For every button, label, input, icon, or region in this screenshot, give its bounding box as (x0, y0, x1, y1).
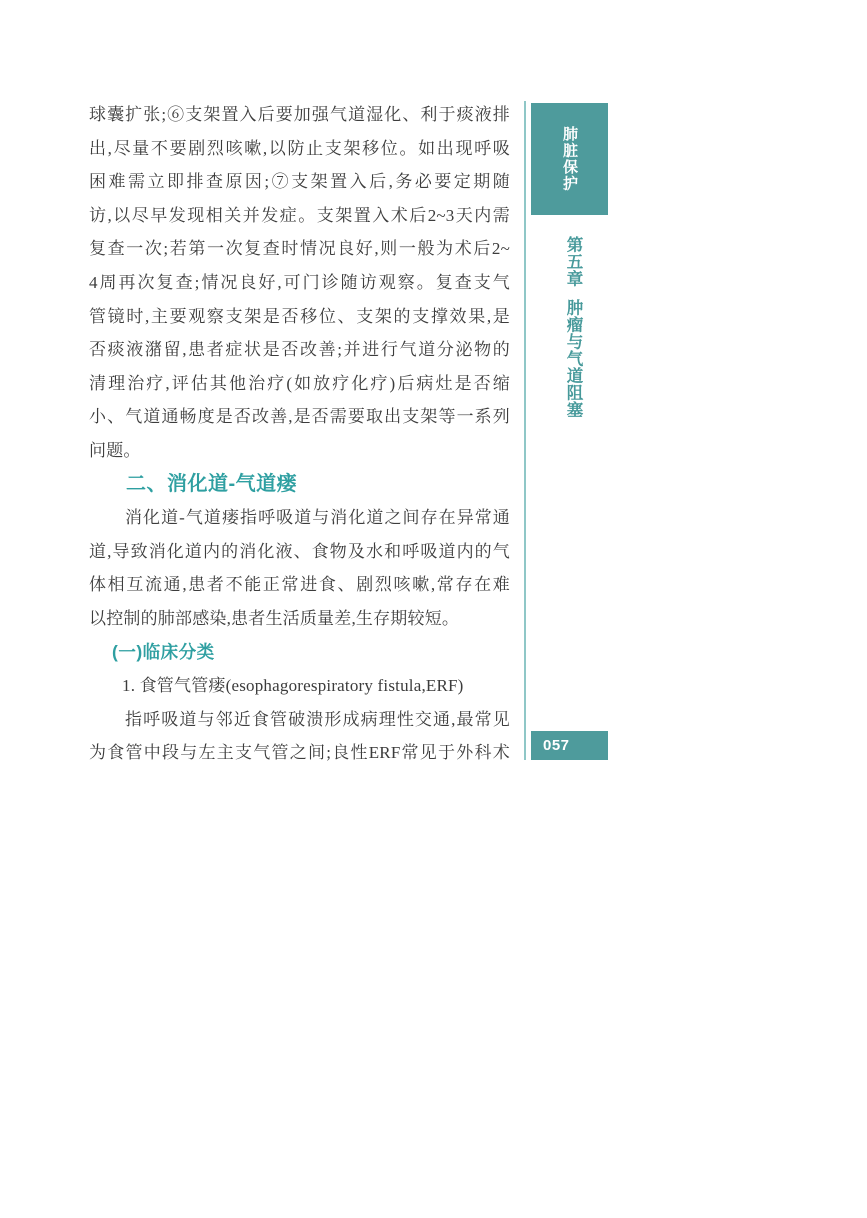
book-title-vertical-text: 肺脏保护 (559, 126, 580, 192)
body-text-line: 否痰液潴留,患者症状是否改善;并进行气道分泌物的 (89, 333, 510, 367)
body-text-line: 问题。 (89, 434, 510, 468)
body-text-line: 清理治疗,评估其他治疗(如放疗化疗)后病灶是否缩 (89, 367, 510, 401)
subsection-heading: (一)临床分类 (89, 636, 510, 670)
body-text-line: 小、气道通畅度是否改善,是否需要取出支架等一系列 (89, 400, 510, 434)
main-text-column: 球囊扩张;⑥支架置入后要加强气道湿化、利于痰液排出,尽量不要剧烈咳嗽,以防止支架… (89, 98, 510, 770)
body-text-line: 球囊扩张;⑥支架置入后要加强气道湿化、利于痰液排 (89, 98, 510, 132)
body-text-line: 以控制的肺部感染,患者生活质量差,生存期较短。 (89, 602, 510, 636)
body-text-line: 出,尽量不要剧烈咳嗽,以防止支架移位。如出现呼吸 (89, 132, 510, 166)
body-text-line: 困难需立即排查原因;⑦支架置入后,务必要定期随 (89, 165, 510, 199)
sidebar-divider-line (524, 101, 526, 760)
section-heading: 二、消化道-气道瘘 (89, 468, 510, 502)
chapter-number-vertical-text: 第五章 (561, 236, 585, 287)
body-text-line: 4周再次复查;情况良好,可门诊随访观察。复查支气 (89, 266, 510, 300)
body-text-line: 为食管中段与左主支气管之间;良性ERF常见于外科术 (89, 736, 510, 770)
page-number-badge: 057 (531, 731, 608, 760)
page-number: 057 (531, 737, 570, 754)
body-text-line: 体相互流通,患者不能正常进食、剧烈咳嗽,常存在难 (89, 568, 510, 602)
book-page: 球囊扩张;⑥支架置入后要加强气道湿化、利于痰液排出,尽量不要剧烈咳嗽,以防止支架… (0, 0, 867, 1218)
body-text-line: 消化道-气道瘘指呼吸道与消化道之间存在异常通 (89, 501, 510, 535)
body-text-line: 复查一次;若第一次复查时情况良好,则一般为术后2~ (89, 232, 510, 266)
body-text-line: 访,以尽早发现相关并发症。支架置入术后2~3天内需 (89, 199, 510, 233)
body-text-line: 道,导致消化道内的消化液、食物及水和呼吸道内的气 (89, 535, 510, 569)
chapter-title-vertical-text: 肿瘤与气道阻塞 (561, 299, 585, 418)
book-title-block: 肺脏保护 (531, 103, 608, 215)
body-text-line: 管镜时,主要观察支架是否移位、支架的支撑效果,是 (89, 300, 510, 334)
body-text-line: 指呼吸道与邻近食管破溃形成病理性交通,最常见 (89, 703, 510, 737)
body-text-line: 1. 食管气管瘘(esophagorespiratory fistula,ERF… (89, 669, 510, 703)
